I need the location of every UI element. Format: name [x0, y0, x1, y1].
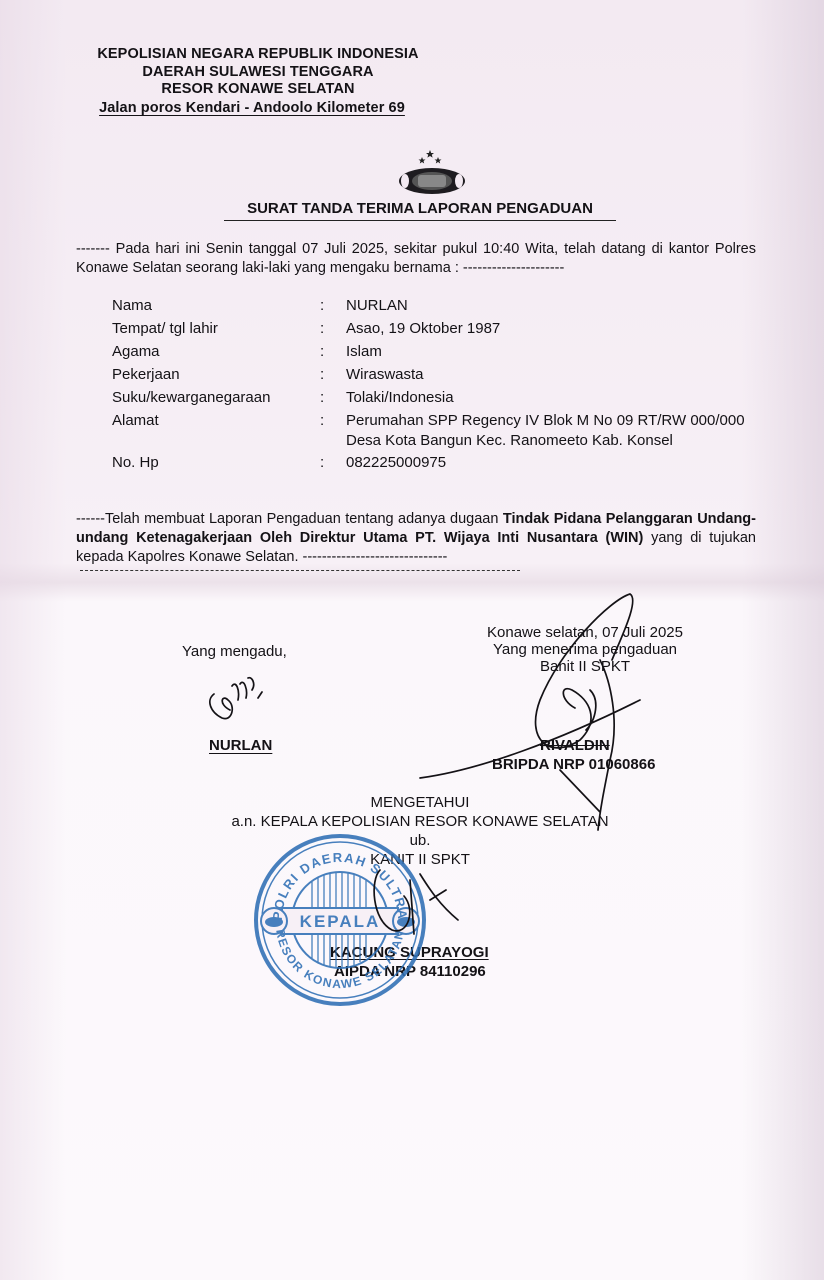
field-colon: :: [320, 363, 346, 386]
field-colon: :: [320, 386, 346, 409]
stamp-center-text: KEPALA: [300, 912, 381, 931]
header-line-2: DAERAH SULAWESI TENGGARA: [78, 64, 438, 80]
receiver-name: RIVALDIN: [540, 737, 610, 754]
receiver-label: Yang menerima pengaduan: [440, 641, 730, 658]
on-behalf-label: a.n. KEPALA KEPOLISIAN RESOR KONAWE SELA…: [180, 812, 660, 831]
field-label: No. Hp: [112, 451, 320, 474]
intro-paragraph: ------- Pada hari ini Senin tanggal 07 J…: [76, 240, 756, 278]
header-line-1: KEPOLISIAN NEGARA REPUBLIK INDONESIA: [78, 46, 438, 62]
header-address: Jalan poros Kendari - Andoolo Kilometer …: [76, 100, 428, 116]
complainant-name: NURLAN: [209, 737, 272, 754]
field-row: Pekerjaan:Wiraswasta: [112, 363, 752, 386]
field-label: Alamat: [112, 409, 320, 451]
dashed-divider: [80, 570, 520, 571]
report-paragraph: ------Telah membuat Laporan Pengaduan te…: [76, 510, 756, 567]
field-value: Tolaki/Indonesia: [346, 386, 752, 409]
field-row: Tempat/ tgl lahir:Asao, 19 Oktober 1987: [112, 317, 752, 340]
field-row: Nama:NURLAN: [112, 294, 752, 317]
field-value: 082225000975: [346, 451, 752, 474]
report-prefix: ------Telah membuat Laporan Pengaduan te…: [76, 511, 503, 527]
header-line-3: RESOR KONAWE SELATAN: [78, 81, 438, 97]
identity-fields: Nama:NURLANTempat/ tgl lahir:Asao, 19 Ok…: [112, 294, 752, 474]
field-label: Suku/kewarganegaraan: [112, 386, 320, 409]
field-value: NURLAN: [346, 294, 752, 317]
field-value: Perumahan SPP Regency IV Blok M No 09 RT…: [346, 409, 752, 451]
field-colon: :: [320, 409, 346, 451]
field-value: Asao, 19 Oktober 1987: [346, 317, 752, 340]
acknowledge-label: MENGETAHUI: [180, 793, 660, 812]
receiver-block: Konawe selatan, 07 Juli 2025 Yang meneri…: [440, 624, 730, 675]
document-title: SURAT TANDA TERIMA LAPORAN PENGADUAN: [224, 200, 616, 221]
field-value: Wiraswasta: [346, 363, 752, 386]
official-stamp: KEPALA POLRI DAERAH SULTRA RESOR KONAWE …: [252, 832, 428, 1008]
field-colon: :: [320, 294, 346, 317]
field-label: Tempat/ tgl lahir: [112, 317, 320, 340]
receiver-unit: Banit II SPKT: [440, 658, 730, 675]
field-colon: :: [320, 340, 346, 363]
complainant-label: Yang mengadu,: [182, 643, 287, 660]
receiver-rank: BRIPDA NRP 01060866: [492, 756, 655, 773]
place-date: Konawe selatan, 07 Juli 2025: [440, 624, 730, 641]
field-value: Islam: [346, 340, 752, 363]
field-row: Agama:Islam: [112, 340, 752, 363]
field-row: Suku/kewarganegaraan:Tolaki/Indonesia: [112, 386, 752, 409]
field-label: Pekerjaan: [112, 363, 320, 386]
police-emblem-icon: [396, 148, 472, 198]
field-row: No. Hp:082225000975: [112, 451, 752, 474]
field-colon: :: [320, 451, 346, 474]
field-label: Agama: [112, 340, 320, 363]
field-colon: :: [320, 317, 346, 340]
field-row: Alamat:Perumahan SPP Regency IV Blok M N…: [112, 409, 752, 451]
field-label: Nama: [112, 294, 320, 317]
